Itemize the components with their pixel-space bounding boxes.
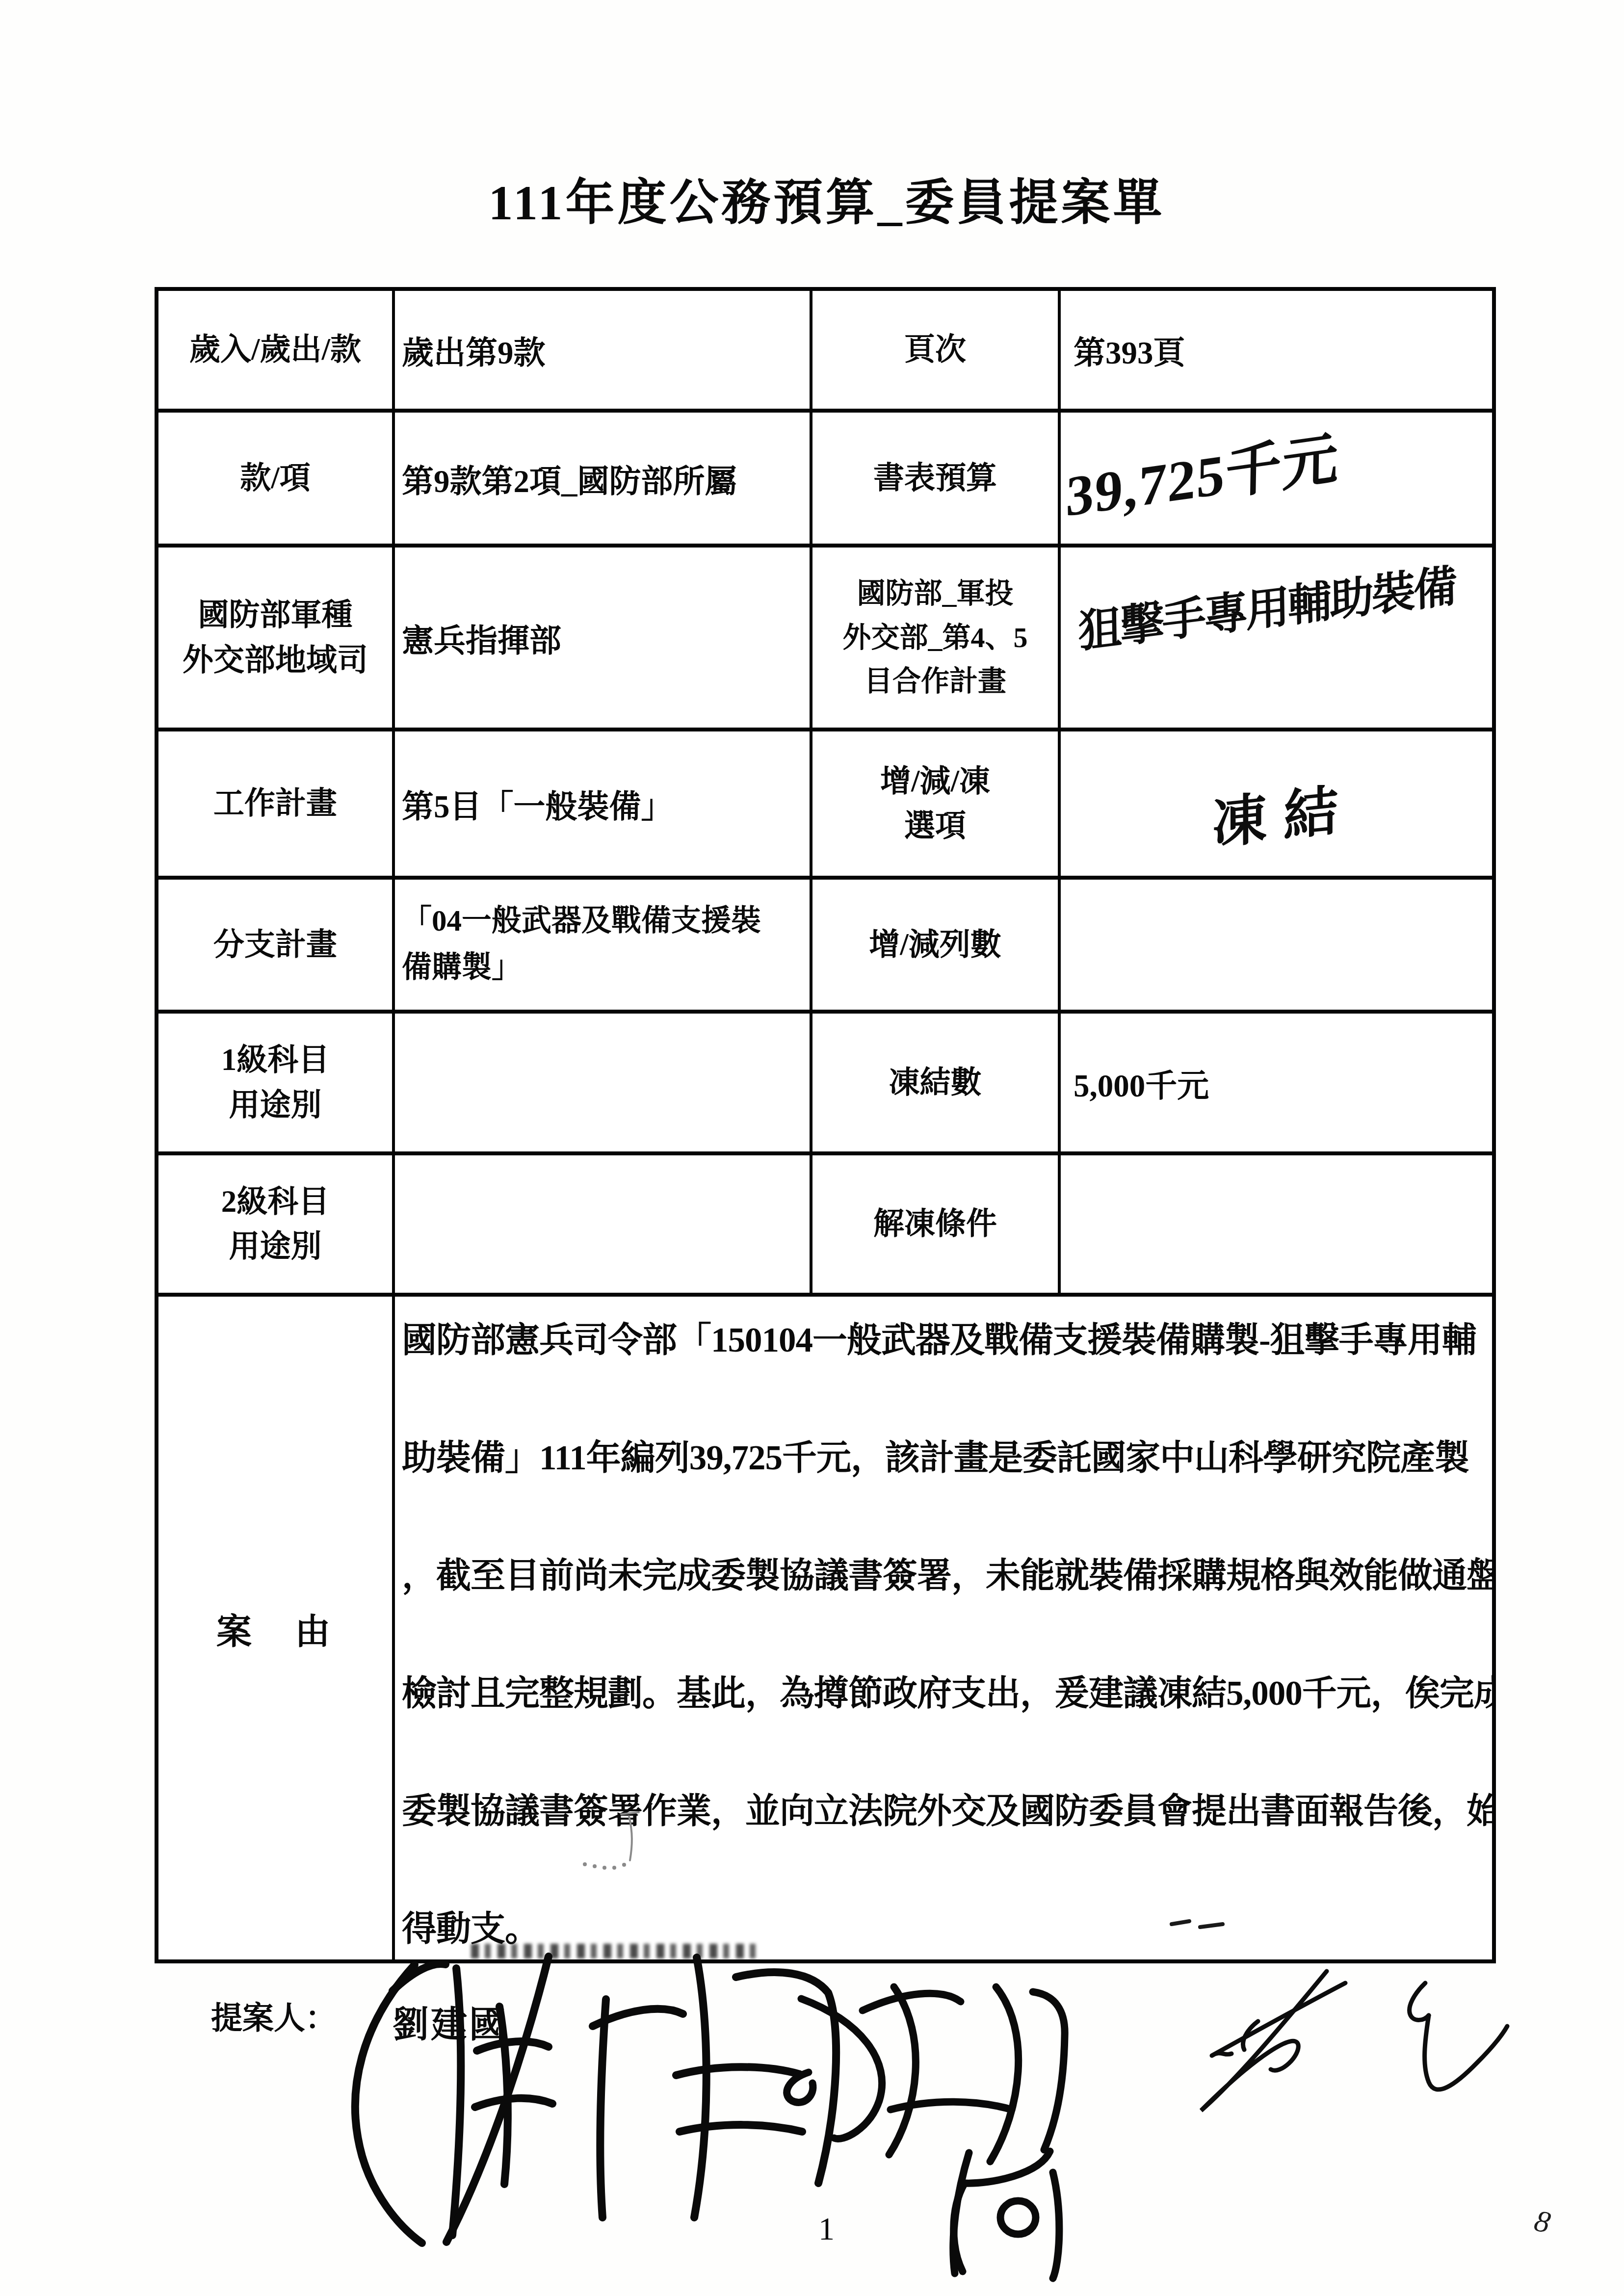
table-row-case-description: 案 由 國防部憲兵司令部「150104一般武器及戰備支援裝備購製-狙擊手專用輔 …: [158, 1297, 1492, 1959]
case-line: ，截至目前尚未完成委製協議書簽署，未能就裝備採購規格與效能做通盤: [402, 1549, 1488, 1658]
case-line: 國防部憲兵司令部「150104一般武器及戰備支援裝備購製-狙擊手專用輔: [402, 1313, 1488, 1422]
label-revenue-section: 歲入/歲出/款: [158, 291, 395, 409]
label-item: 款/項: [158, 413, 395, 544]
value-level2-account: [395, 1155, 812, 1293]
proposer-label: 提案人：: [211, 1993, 337, 2038]
value-page-index: 第393頁: [1061, 291, 1492, 409]
label-work-plan: 工作計畫: [158, 731, 395, 876]
label-page-index: 頁次: [812, 291, 1061, 409]
value-branch-plan: 「04一般武器及戰備支援裝 備購製」: [395, 880, 812, 1010]
label-case-description: 案 由: [158, 1297, 395, 1959]
table-row-level1-account: 1級科目 用途別 凍結數 5,000千元: [158, 1014, 1492, 1155]
value-level1-account: [395, 1014, 812, 1151]
value-service-branch: 憲兵指揮部: [395, 548, 812, 728]
table-row-branch-plan: 分支計畫 「04一般武器及戰備支援裝 備購製」 增/減列數: [158, 880, 1492, 1014]
case-description-text: 國防部憲兵司令部「150104一般武器及戰備支援裝備購製-狙擊手專用輔 助裝備」…: [395, 1297, 1492, 1959]
value-revenue-section: 歲出第9款: [395, 291, 812, 409]
value-work-plan: 第5目「一般裝備」: [395, 731, 812, 876]
value-unfreeze-condition: [1061, 1155, 1492, 1293]
case-line: 檢討且完整規劃。基此，為撙節政府支出，爰建議凍結5,000千元，俟完成: [402, 1667, 1488, 1775]
handwritten-freeze-option: 凍結: [1212, 765, 1355, 859]
signature-third-cosigner: [1201, 1971, 1507, 2111]
value-frozen-amount: 5,000千元: [1061, 1014, 1492, 1151]
label-unfreeze-condition: 解凍條件: [812, 1155, 1061, 1293]
table-row-level2-account: 2級科目 用途別 解凍條件: [158, 1155, 1492, 1297]
label-adjust-amount: 增/減列數: [812, 880, 1061, 1010]
value-item: 第9款第2項_國防部所屬: [395, 413, 812, 544]
scan-smudge-artifact: [471, 1944, 760, 1958]
label-level2-account: 2級科目 用途別: [158, 1155, 395, 1293]
budget-proposal-table: 歲入/歲出/款 歲出第9款 頁次 第393頁 款/項 第9款第2項_國防部所屬 …: [155, 287, 1496, 1963]
label-adjust-option: 增/減/凍 選項: [812, 731, 1061, 876]
table-row-revenue-section: 歲入/歲出/款 歲出第9款 頁次 第393頁: [158, 291, 1492, 413]
page-number: 1: [818, 2211, 835, 2248]
case-line: 助裝備」111年編列39,725千元，該計畫是委託國家中山科學研究院產製: [402, 1431, 1488, 1540]
proposer-name-printed: 劉建國: [393, 1996, 507, 2048]
label-level1-account: 1級科目 用途別: [158, 1014, 395, 1151]
label-book-budget: 書表預算: [812, 413, 1061, 544]
label-cooperation-plan: 國防部_軍投 外交部_第4、5 目合作計畫: [812, 548, 1061, 728]
handwritten-corner-mark: 8: [1531, 2204, 1553, 2241]
value-adjust-amount: [1061, 880, 1492, 1010]
label-frozen-amount: 凍結數: [812, 1014, 1061, 1151]
label-service-branch: 國防部軍種 外交部地域司: [158, 548, 395, 728]
scanned-budget-proposal-form: 111年度公務預算_委員提案單 歲入/歲出/款 歲出第9款 頁次 第393頁 款…: [0, 0, 1624, 2296]
page-title: 111年度公務預算_委員提案單: [0, 163, 1624, 234]
case-line: 委製協議書簽署作業，並向立法院外交及國防委員會提出書面報告後，始: [402, 1784, 1488, 1893]
label-branch-plan: 分支計畫: [158, 880, 395, 1010]
